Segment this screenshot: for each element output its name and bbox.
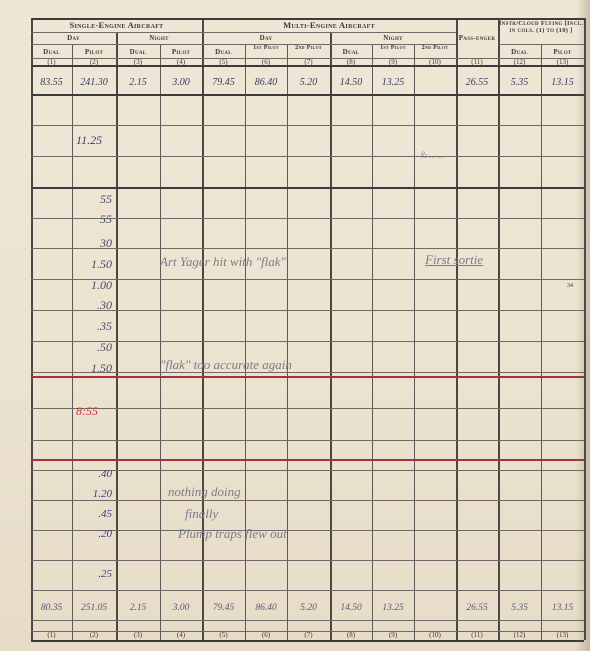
brought-forward-value: 13.25 (372, 77, 414, 88)
column-number: (9) (372, 631, 414, 639)
col-divider (116, 32, 118, 640)
column-number: (8) (330, 631, 372, 639)
faint-note: & ... .. (420, 150, 443, 160)
row-line (31, 408, 584, 409)
subtotal-1: 11.25 (76, 133, 102, 148)
logbook-page: Single-Engine Aircraft Multi-Engine Airc… (0, 0, 590, 651)
row-line (31, 279, 584, 280)
column-number: (13) (541, 58, 584, 66)
row-line (31, 341, 584, 342)
column-number: (6) (245, 58, 287, 66)
column-number: (7) (287, 631, 330, 639)
flight-time: .45 (72, 508, 112, 520)
remark-traps-flew-out: Plump traps flew out (178, 526, 287, 542)
column-number: (8) (330, 58, 372, 66)
brought-forward-value: 86.40 (245, 77, 287, 88)
row-line (31, 94, 584, 96)
row-line (31, 156, 584, 157)
flight-time: .35 (72, 319, 112, 334)
col-divider (202, 18, 204, 640)
row-line (31, 310, 584, 311)
carried-forward-value: 2.15 (116, 603, 160, 613)
brought-forward-value: 26.55 (456, 77, 498, 88)
row-line (31, 125, 584, 126)
flight-time: 1.50 (72, 361, 112, 376)
margin-mark: 34 (567, 283, 573, 289)
row-line (31, 372, 584, 373)
red-rule (31, 459, 584, 461)
carried-forward-value: 5.20 (287, 603, 330, 613)
brought-forward-value: 14.50 (330, 77, 372, 88)
column-number: (2) (72, 58, 116, 66)
header-line (498, 44, 584, 45)
flight-time: 1.00 (72, 278, 112, 293)
column-number: (13) (541, 631, 584, 639)
remark-flak-accurate: "flak" too accurate again (160, 357, 292, 373)
red-rule (31, 376, 584, 378)
header-col3: Dual (116, 48, 160, 56)
column-number: (10) (414, 58, 456, 66)
flight-time: .25 (72, 568, 112, 580)
carried-forward-value: 79.45 (202, 603, 245, 613)
header-col4: Pilot (160, 48, 202, 56)
flight-time: .20 (72, 528, 112, 540)
table-border-right (584, 18, 586, 640)
brought-forward-value: 5.35 (498, 77, 541, 88)
flight-time: .30 (72, 298, 112, 313)
row-line (31, 620, 584, 621)
col-divider (372, 44, 373, 640)
column-number: (10) (414, 631, 456, 639)
carried-forward-value: 3.00 (160, 603, 202, 613)
row-line (31, 470, 584, 471)
column-number: (1) (31, 631, 72, 639)
header-se-night: Night (116, 34, 202, 42)
flight-time: .50 (72, 340, 112, 355)
carried-forward-value: 5.35 (498, 603, 541, 613)
flight-time: 1.20 (72, 488, 112, 500)
column-number: (12) (498, 58, 541, 66)
carried-forward-value: 26.55 (456, 603, 498, 613)
column-number: (4) (160, 58, 202, 66)
column-number: (6) (245, 631, 287, 639)
row-line (31, 248, 584, 249)
table-border-left (31, 18, 33, 640)
brought-forward-value: 79.45 (202, 77, 245, 88)
remark-first-sortie: First sortie (425, 252, 483, 268)
col-divider (160, 44, 161, 640)
row-line (31, 530, 584, 531)
col-divider (245, 44, 246, 640)
header-col13: Pilot (541, 48, 584, 56)
header-col1: Dual (31, 48, 72, 56)
row-line (31, 218, 584, 219)
red-subtotal: 8:55 (76, 404, 98, 419)
header-col8: Dual (330, 48, 372, 56)
header-single-engine: Single-Engine Aircraft (31, 21, 202, 29)
flight-time: .40 (72, 468, 112, 480)
brought-forward-value: 83.55 (31, 77, 72, 88)
column-number: (2) (72, 631, 116, 639)
row-line (31, 590, 584, 591)
col-divider (330, 32, 332, 640)
flight-time: 1.50 (72, 257, 112, 272)
flight-time: 55 (72, 212, 112, 227)
header-col6: 1st Pilot (245, 45, 287, 52)
header-instr-cloud: Instr/Cloud Flying [Incl. in cols. (1) t… (498, 20, 584, 34)
header-col12: Dual (498, 48, 541, 56)
carried-forward-value: 13.15 (541, 603, 584, 613)
remark-flak-hit: Art Yager hit with "flak" (160, 254, 286, 270)
header-me-night: Night (330, 34, 456, 42)
header-col5: Dual (202, 48, 245, 56)
column-number: (11) (456, 58, 498, 66)
brought-forward-value: 5.20 (287, 77, 330, 88)
column-number: (4) (160, 631, 202, 639)
row-line (31, 640, 584, 642)
remark-nothing-doing: nothing doing (168, 484, 241, 500)
column-number: (11) (456, 631, 498, 639)
column-number: (5) (202, 631, 245, 639)
brought-forward-value: 13.15 (541, 77, 584, 88)
brought-forward-value: 2.15 (116, 77, 160, 88)
flight-time: 55 (72, 192, 112, 207)
col-divider (541, 44, 542, 640)
header-multi-engine: Multi-Engine Aircraft (202, 21, 456, 29)
column-number: (12) (498, 631, 541, 639)
carried-forward-value: 251.05 (72, 603, 116, 613)
header-col9: 1st Pilot (372, 45, 414, 52)
column-number: (9) (372, 58, 414, 66)
header-col10: 2nd Pilot (414, 45, 456, 52)
brought-forward-value: 241.30 (72, 77, 116, 88)
carried-forward-value: 13.25 (372, 603, 414, 613)
column-number: (7) (287, 58, 330, 66)
col-divider (287, 44, 288, 640)
row-line (31, 187, 584, 189)
row-line (31, 500, 584, 501)
flight-time: 30 (72, 236, 112, 251)
header-se-day: Day (31, 34, 116, 42)
col-divider (414, 44, 415, 640)
remark-finally: finally (185, 506, 218, 522)
column-number: (3) (116, 631, 160, 639)
brought-forward-value: 3.00 (160, 77, 202, 88)
col-divider (456, 18, 458, 640)
carried-forward-value: 14.50 (330, 603, 372, 613)
column-number: (5) (202, 58, 245, 66)
column-number: (1) (31, 58, 72, 66)
col-divider (498, 18, 500, 640)
header-me-day: Day (202, 34, 330, 42)
column-number: (3) (116, 58, 160, 66)
carried-forward-value: 80.35 (31, 603, 72, 613)
header-line (31, 32, 456, 33)
row-line (31, 560, 584, 561)
row-line (31, 440, 584, 441)
header-col7: 2nd Pilot (287, 45, 330, 52)
header-passenger: Pass-enger (456, 34, 498, 42)
carried-forward-value: 86.40 (245, 603, 287, 613)
header-col2: Pilot (72, 48, 116, 56)
